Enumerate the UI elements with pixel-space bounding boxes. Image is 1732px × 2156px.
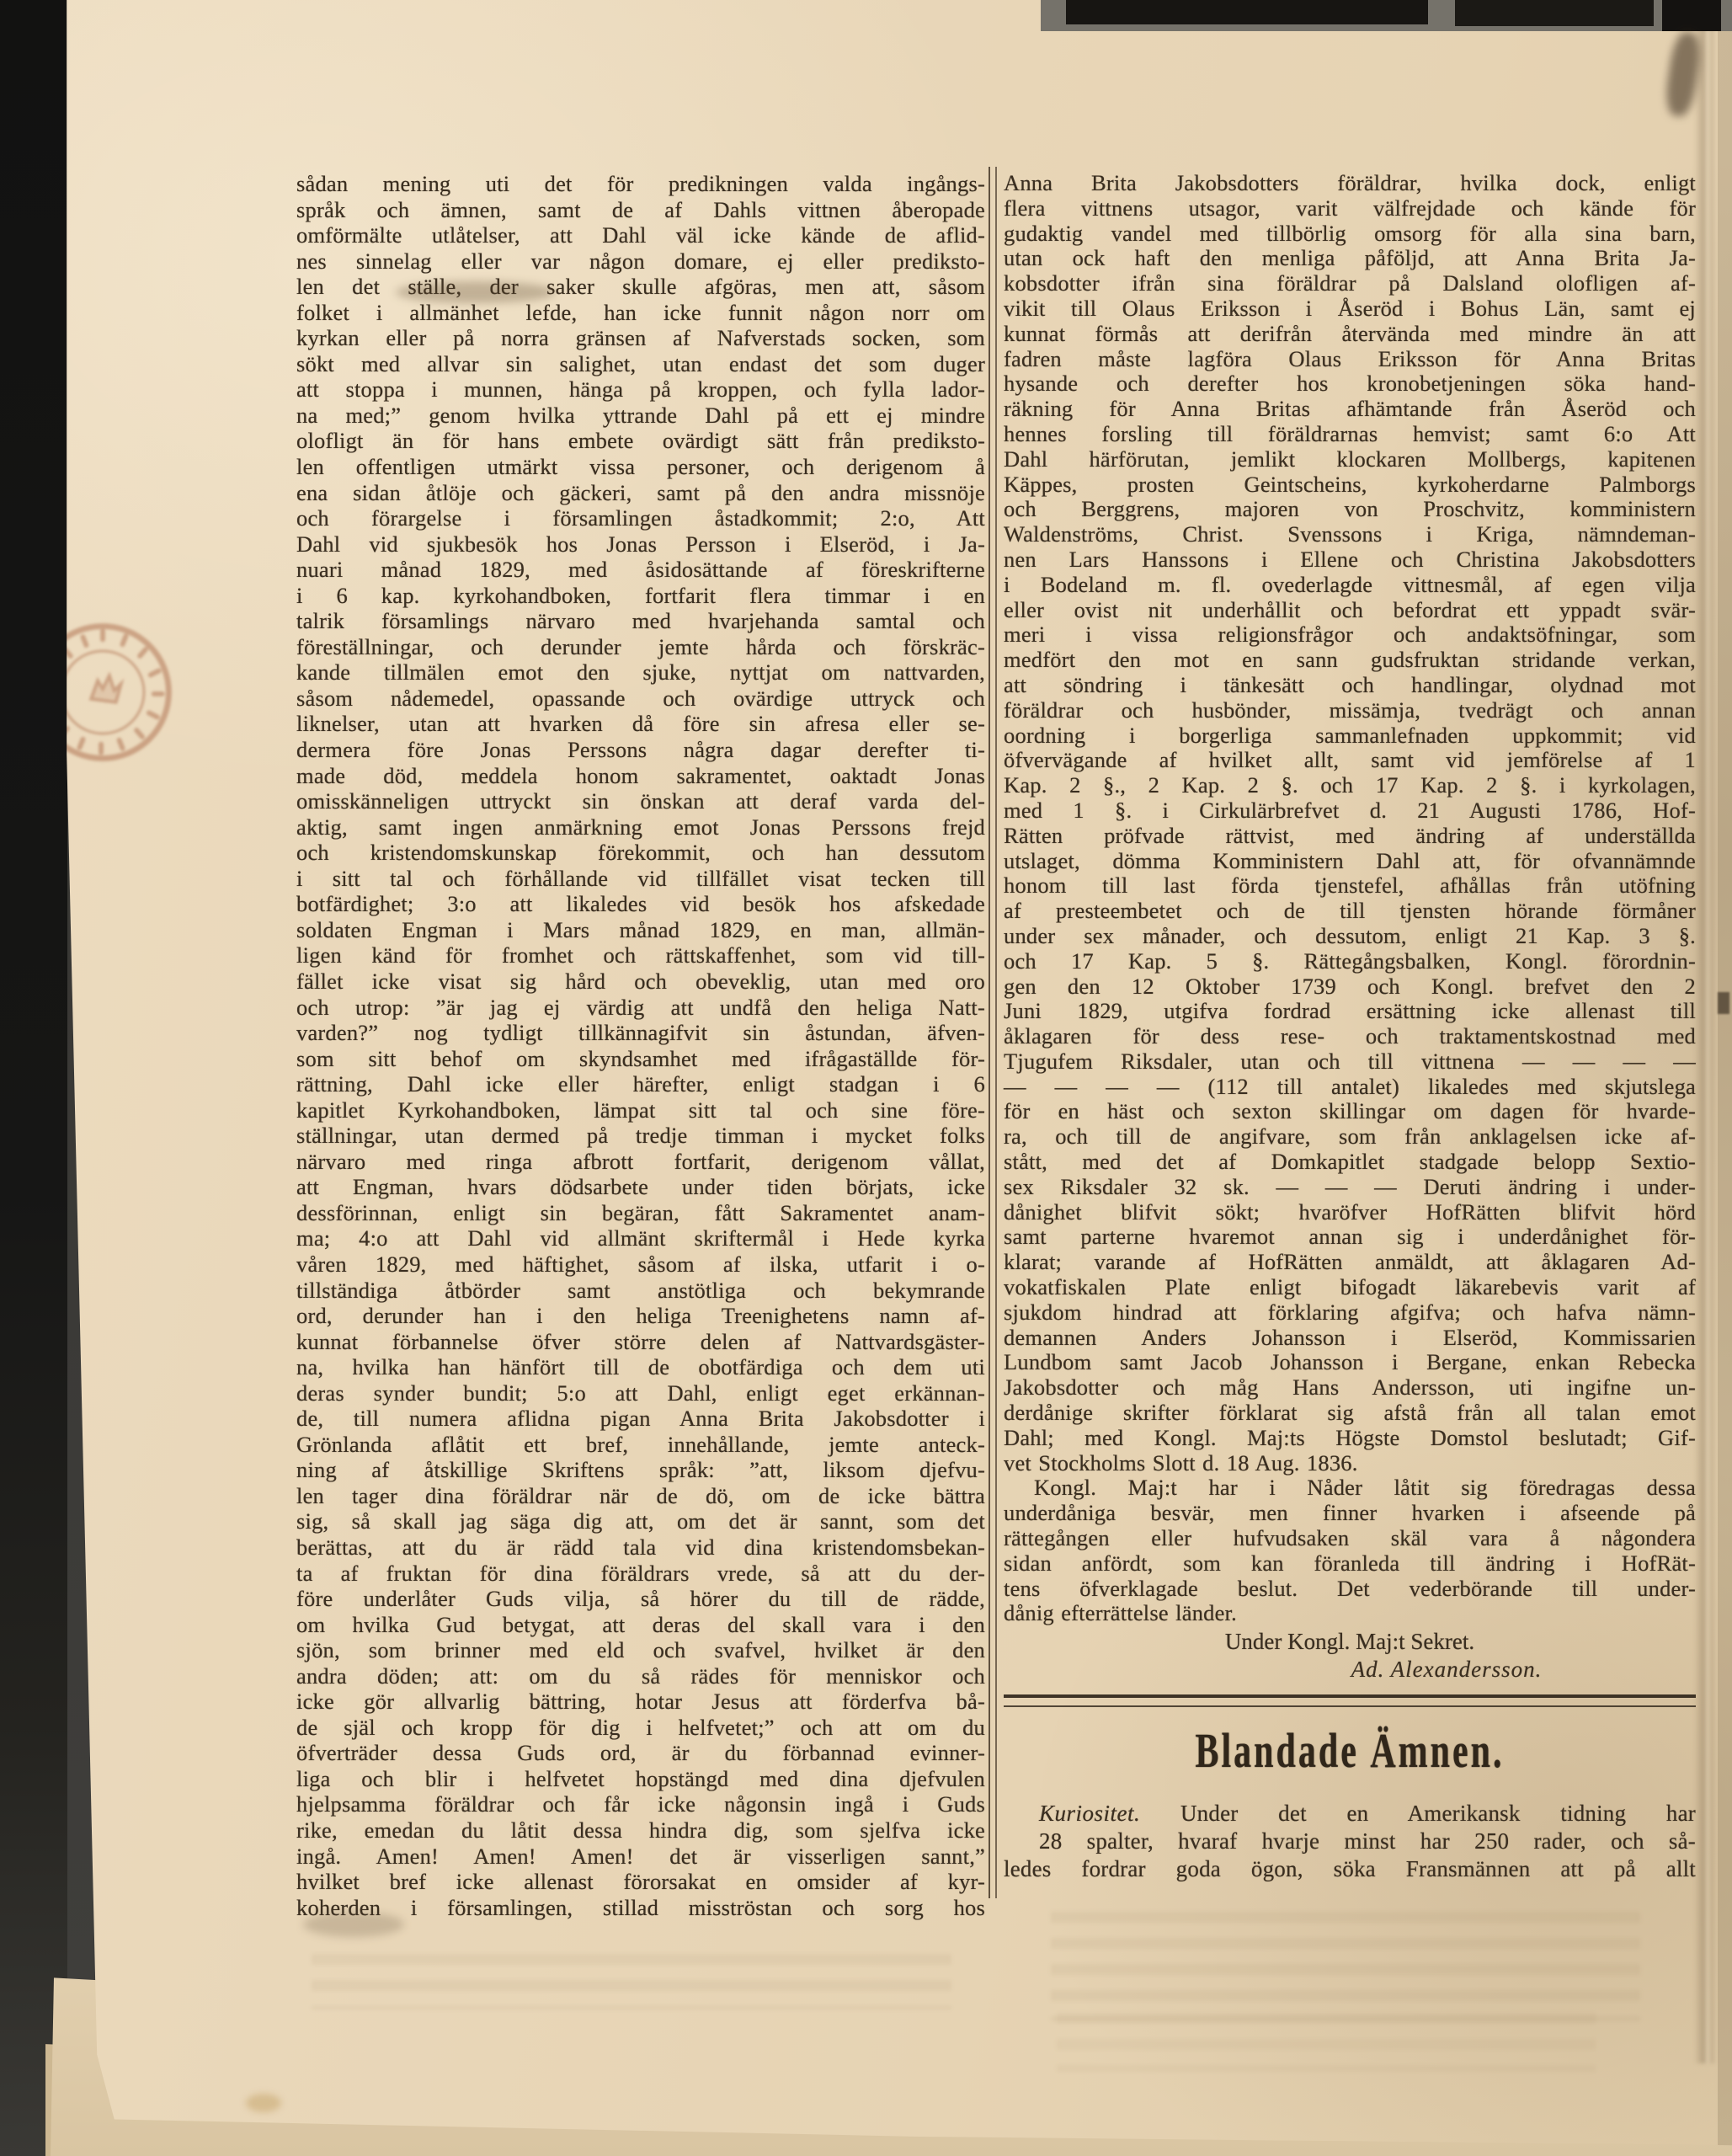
paper-sheet: sådan mening uti det för predikningen va… bbox=[0, 0, 1732, 2156]
text-line: Jakobsdotter och måg Hans Andersson, uti… bbox=[1004, 1375, 1696, 1401]
text-line: ena sidan åtlöje och gäckeri, samt på de… bbox=[296, 480, 985, 506]
text-line: de själ och kropp för dig i helfvetet;” … bbox=[296, 1715, 985, 1741]
text-line: sig, så skall jag säga dig att, om det ä… bbox=[296, 1508, 985, 1534]
verdict-paragraph: Anna Brita Jakobsdotters föräldrar, hvil… bbox=[1004, 171, 1696, 1476]
text-line: att söndring i tänkesätt och handlingar,… bbox=[1004, 673, 1696, 698]
text-line: och Berggrens, majoren von Proschvitz, k… bbox=[1004, 497, 1696, 522]
text-line: språk och ämnen, samt de af Dahls vittne… bbox=[296, 197, 985, 223]
text-line: botfärdighet; 3:o att likaledes vid besö… bbox=[296, 891, 985, 917]
section-divider-rule bbox=[1004, 1694, 1696, 1707]
text-line: och utrop: ”är jag ej värdig att undfå d… bbox=[296, 995, 985, 1021]
paper-edge-shadow bbox=[1718, 0, 1732, 2156]
text-line: öfvervägande af hvilket allt, samt vid j… bbox=[1004, 748, 1696, 773]
text-line: Käppes, prosten Geintscheins, kyrkoherda… bbox=[1004, 472, 1696, 498]
text-line: len offentligen utmärkt vissa personer, … bbox=[296, 454, 985, 480]
show-through-text bbox=[312, 1954, 951, 2009]
text-line: ning af åtskillige Skriftens språk: ”att… bbox=[296, 1457, 985, 1483]
text-line: Rätten pröfvade rättvist, med ändring af… bbox=[1004, 824, 1696, 849]
text-line: tens öfverklagade beslut. Det vederböran… bbox=[1004, 1577, 1696, 1602]
text-line: och förargelse i församlingen åstadkommi… bbox=[296, 505, 985, 531]
ink-smudge bbox=[303, 1912, 404, 1937]
text-line: Lundbom samt Jacob Johansson i Bergane, … bbox=[1004, 1350, 1696, 1375]
scanner-background bbox=[0, 0, 67, 2156]
text-line: samt parterne hvaremot annan sig i under… bbox=[1004, 1225, 1696, 1250]
text-line: flera vittnens utsagor, varit välfrejdad… bbox=[1004, 196, 1696, 221]
kuriositet-paragraph: Kuriositet. Under det en Amerikansk tidn… bbox=[1004, 1800, 1696, 1883]
text-line: ra, och till de angifvare, som från ankl… bbox=[1004, 1124, 1696, 1150]
text-line: made död, meddela honom sakramentet, oak… bbox=[296, 763, 985, 789]
text-line: dermera före Jonas Perssons några dagar … bbox=[296, 737, 985, 763]
text-line: Kap. 2 §., 2 Kap. 2 §. och 17 Kap. 2 §. … bbox=[1004, 773, 1696, 798]
text-line: sidan anfördt, som kan föranleda till än… bbox=[1004, 1551, 1696, 1577]
text-line: icke gör allvarlig bättring, hotar Jesus… bbox=[296, 1689, 985, 1715]
signature-line: Ad. Alexandersson. bbox=[1004, 1655, 1696, 1684]
text-line: kunnat förbannelse öfver större delen af… bbox=[296, 1329, 985, 1355]
text-line: sjön, som brinner med eld och svafvel, h… bbox=[296, 1637, 985, 1663]
text-line: Dahl härförutan, jemlikt klockaren Mollb… bbox=[1004, 447, 1696, 472]
show-through-text bbox=[1051, 1912, 1640, 2021]
text-line: oordning i borgerliga sammanlefnaden upp… bbox=[1004, 723, 1696, 749]
text-line: na med;” genom hvilka yttrande Dahl på e… bbox=[296, 403, 985, 429]
text-line: underdåniga besvär, men finner hvarken i… bbox=[1004, 1501, 1696, 1526]
text-line: ledes fordrar goda ögon, söka Fransmänne… bbox=[1004, 1855, 1696, 1883]
text-line: derdånige skrifter förklarat sig afstå f… bbox=[1004, 1401, 1696, 1426]
text-line: utslaget, dömma Komministern Dahl att, f… bbox=[1004, 849, 1696, 874]
text-line: räkning för Anna Britas afhämtande från … bbox=[1004, 397, 1696, 422]
text-line: folket i allmänhet lefde, han icke funni… bbox=[296, 300, 985, 326]
text-line: sådan mening uti det för predikningen va… bbox=[296, 171, 985, 197]
scan-edge-band bbox=[1041, 0, 1732, 31]
text-line: klarat; varande af HofRätten anmäldt, at… bbox=[1004, 1250, 1696, 1275]
text-line: soldaten Engman i Mars månad 1829, en ma… bbox=[296, 917, 985, 943]
text-line: aktig, samt ingen anmärkning emot Jonas … bbox=[296, 814, 985, 841]
text-line: kapitlet Kyrkohandboken, lämpat sitt tal… bbox=[296, 1097, 985, 1123]
text-line: närvaro med ringa afbrott fortfarit, der… bbox=[296, 1149, 985, 1175]
text-line: Anna Brita Jakobsdotters föräldrar, hvil… bbox=[1004, 171, 1696, 196]
ink-smudge bbox=[396, 281, 556, 303]
text-line: sökt med allvar sin salighet, utan endas… bbox=[296, 351, 985, 377]
text-line: Dahl vid sjukbesök hos Jonas Persson i E… bbox=[296, 531, 985, 558]
text-line: att stoppa i munnen, hänga på kroppen, o… bbox=[296, 376, 985, 403]
text-line: kyrkan eller på norra gränsen af Nafvers… bbox=[296, 325, 985, 351]
text-line: Grönlanda aflåtit ett bref, innehållande… bbox=[296, 1432, 985, 1458]
text-line: hysande och derefter hos kronobetjeninge… bbox=[1004, 371, 1696, 397]
text-line: Waldenströms, Christ. Svenssons i Kriga,… bbox=[1004, 522, 1696, 547]
text-line: föräldrar och husbönder, missämja, tvedr… bbox=[1004, 698, 1696, 723]
text-line: med 1 §. i Cirkulärbrefvet d. 21 Augusti… bbox=[1004, 798, 1696, 824]
text-line: såsom nådemedel, opassande och ovärdige … bbox=[296, 686, 985, 712]
text-line: Kongl. Maj:t har i Nåder låtit sig föred… bbox=[1004, 1476, 1696, 1501]
text-line: för en häst och sexton skillingar om dag… bbox=[1004, 1099, 1696, 1124]
text-line: under sex månader, och dessutom, enligt … bbox=[1004, 924, 1696, 949]
text-line: som sitt behof om skyndsamhet med ifråga… bbox=[296, 1046, 985, 1072]
text-line: hvilket bref icke allenast förorsakat en… bbox=[296, 1869, 985, 1895]
text-line: i 6 kap. kyrkohandboken, fortfarit flera… bbox=[296, 583, 985, 609]
text-line: våren 1829, med häftighet, såsom af ilsk… bbox=[296, 1251, 985, 1278]
text-line: rättegången eller hufvudsaken skäl vara … bbox=[1004, 1526, 1696, 1551]
text-line: gudaktig vandel med tillbörlig omsorg fö… bbox=[1004, 221, 1696, 247]
kuriositet-lead: Kuriositet. bbox=[1039, 1801, 1140, 1826]
secretary-line: Under Kongl. Maj:t Sekret. bbox=[1004, 1628, 1696, 1655]
text-line: deras synder bundit; 5:o att Dahl, enlig… bbox=[296, 1380, 985, 1406]
text-line: vokatfiskalen Plate enligt bifogadt läka… bbox=[1004, 1275, 1696, 1300]
text-line: kunnat förmås att derifrån återvända med… bbox=[1004, 322, 1696, 347]
text-line: honom till last förda tjenstefel, afhåll… bbox=[1004, 873, 1696, 899]
scanned-page: sådan mening uti det för predikningen va… bbox=[0, 0, 1732, 2156]
text-line: och kristendomskunskap förekommit, och h… bbox=[296, 840, 985, 866]
text-line: kande tillmälen emot den sjuke, nyttjat … bbox=[296, 659, 985, 686]
text-line: 28 spalter, hvaraf hvarje minst har 250 … bbox=[1004, 1828, 1696, 1855]
text-line: medfört den mot en sann gudsfruktan stri… bbox=[1004, 648, 1696, 673]
text-line: Juni 1829, utgifva fordrad ersättning ic… bbox=[1004, 999, 1696, 1024]
show-through-text bbox=[1057, 2013, 1596, 2072]
text-line: i sitt tal och förhållande vid tillfälle… bbox=[296, 866, 985, 892]
text-line: demannen Anders Johansson i Elseröd, Kom… bbox=[1004, 1326, 1696, 1351]
edge-mark bbox=[1718, 992, 1729, 1014]
text-line: varden?” nog tydligt tillkännagifvit sin… bbox=[296, 1020, 985, 1046]
royal-decision-paragraph: Kongl. Maj:t har i Nåder låtit sig föred… bbox=[1004, 1476, 1696, 1626]
text-line: hjelpsamma föräldrar och får icke någons… bbox=[296, 1791, 985, 1817]
text-line: de, till numera aflidna pigan Anna Brita… bbox=[296, 1406, 985, 1432]
text-line: koherden i församlingen, stillad misströ… bbox=[296, 1895, 985, 1921]
text-line: nes sinnelag eller var någon domare, ej … bbox=[296, 248, 985, 275]
text-line: berättas, att du är rädd tala vid dina k… bbox=[296, 1534, 985, 1561]
text-line: Dahl; med Kongl. Maj:ts Högste Domstol b… bbox=[1004, 1426, 1696, 1451]
text-line: om hvilka Gud betygat, att deras del ska… bbox=[296, 1612, 985, 1638]
text-line: eller ovist nit underhållit och befordra… bbox=[1004, 598, 1696, 623]
text-line: föreställningar, och derunder jemte hård… bbox=[296, 634, 985, 660]
text-line: Kuriositet. Under det en Amerikansk tidn… bbox=[1004, 1800, 1696, 1828]
text-line: åklagaren för dess rese- och traktaments… bbox=[1004, 1024, 1696, 1049]
text-line: rättning, Dahl icke eller härefter, enli… bbox=[296, 1071, 985, 1097]
kuriositet-first-line: Under det en Amerikansk tidning har bbox=[1140, 1801, 1696, 1826]
text-line: utan ock haft den menliga påföljd, att A… bbox=[1004, 246, 1696, 271]
text-line: liknelser, utan att hvarken då före sin … bbox=[296, 711, 985, 737]
text-line: gen den 12 Oktober 1739 och Kongl. brefv… bbox=[1004, 974, 1696, 1000]
text-line: fället icke visat sig hård och obeveklig… bbox=[296, 969, 985, 995]
text-line: rike, emedan du låtit dessa hindra dig, … bbox=[296, 1817, 985, 1844]
text-line: na, hvilka han hänfört till de obotfärdi… bbox=[296, 1354, 985, 1380]
text-line: ta af fruktan för dina föräldrars vrede,… bbox=[296, 1561, 985, 1587]
text-line: vikit till Olaus Eriksson i Åseröd i Boh… bbox=[1004, 296, 1696, 322]
text-line: dånig efterrättelse länder. bbox=[1004, 1601, 1696, 1626]
text-line: tillständiga åtbörder samt anstötliga oc… bbox=[296, 1278, 985, 1304]
text-line: hennes forsling till föräldrarnas hemvis… bbox=[1004, 422, 1696, 447]
text-line: att Engman, hvars dödsarbete under tiden… bbox=[296, 1174, 985, 1200]
text-line: af presteembetet och de till tjensten hö… bbox=[1004, 899, 1696, 924]
text-line: omförmälte utlåtelser, att Dahl väl icke… bbox=[296, 222, 985, 248]
text-line: sex Riksdaler 32 sk. — — — Deruti ändrin… bbox=[1004, 1175, 1696, 1200]
text-line: före underlåter Guds vilja, så hörer du … bbox=[296, 1586, 985, 1612]
text-line: Tjugufem Riksdaler, utan och till vittne… bbox=[1004, 1049, 1696, 1075]
left-column: sådan mening uti det för predikningen va… bbox=[296, 171, 985, 1920]
scan-black-patch bbox=[1066, 0, 1428, 24]
text-line: ma; 4:o att Dahl vid allmänt skriftermål… bbox=[296, 1225, 985, 1251]
right-column: Anna Brita Jakobsdotters föräldrar, hvil… bbox=[1004, 171, 1696, 1883]
text-line: ligen känd för fromhet och rättskaffenhe… bbox=[296, 942, 985, 969]
text-line: i Bodeland m. fl. ovederlagde vittnesmål… bbox=[1004, 573, 1696, 598]
paper-crease bbox=[1694, 25, 1716, 2063]
scan-black-patch bbox=[1662, 0, 1721, 31]
text-line: meri i vissa religionsfrågor och andakts… bbox=[1004, 622, 1696, 648]
paper-stain bbox=[246, 2094, 281, 2112]
text-line: nuari månad 1829, med åsidosättande af f… bbox=[296, 557, 985, 583]
scan-black-patch bbox=[1455, 0, 1654, 26]
text-line: talrik församlings närvaro med hvarjehan… bbox=[296, 608, 985, 634]
text-line: dånighet blifvit sökt; hvaröfver HofRätt… bbox=[1004, 1200, 1696, 1225]
text-line: olofligt än för hans embete ovärdigt sät… bbox=[296, 428, 985, 454]
section-heading: Blandade Ämnen. bbox=[1004, 1725, 1696, 1778]
text-line: vet Stockholms Slott d. 18 Aug. 1836. bbox=[1004, 1451, 1696, 1476]
text-line: ord, derunder han i den heliga Treenighe… bbox=[296, 1303, 985, 1329]
text-line: ställningar, utan dermed på tredje timma… bbox=[296, 1123, 985, 1149]
text-line: dessförinnan, enligt sin begäran, fått S… bbox=[296, 1200, 985, 1226]
text-line: ingå. Amen! Amen! Amen! det är visserlig… bbox=[296, 1844, 985, 1870]
text-line: och 17 Kap. 5 §. Rättegångsbalken, Kongl… bbox=[1004, 949, 1696, 974]
text-line: sjukdom hindrad att förklaring afgifva; … bbox=[1004, 1300, 1696, 1326]
text-line: stått, med det af Domkapitlet stadgade b… bbox=[1004, 1150, 1696, 1175]
text-line: öfverträder dessa Guds ord, är du förban… bbox=[296, 1740, 985, 1766]
text-line: fadren måste lagföra Olaus Eriksson för … bbox=[1004, 347, 1696, 372]
text-line: nen Lars Hanssons i Ellene och Christina… bbox=[1004, 547, 1696, 573]
text-line: kobsdotter ifrån sina föräldrar på Dalsl… bbox=[1004, 271, 1696, 296]
column-divider bbox=[989, 167, 997, 1898]
text-line: andra döden; att: om du så rädes för men… bbox=[296, 1663, 985, 1689]
text-line: liga och blir i helfvetet hopstängd med … bbox=[296, 1766, 985, 1792]
text-line: omisskänneligen uttryckt sin önskan att … bbox=[296, 788, 985, 814]
text-line: len tager dina föräldrar när de dö, om d… bbox=[296, 1483, 985, 1509]
text-line: — — — — (112 till antalet) likaledes med… bbox=[1004, 1075, 1696, 1100]
